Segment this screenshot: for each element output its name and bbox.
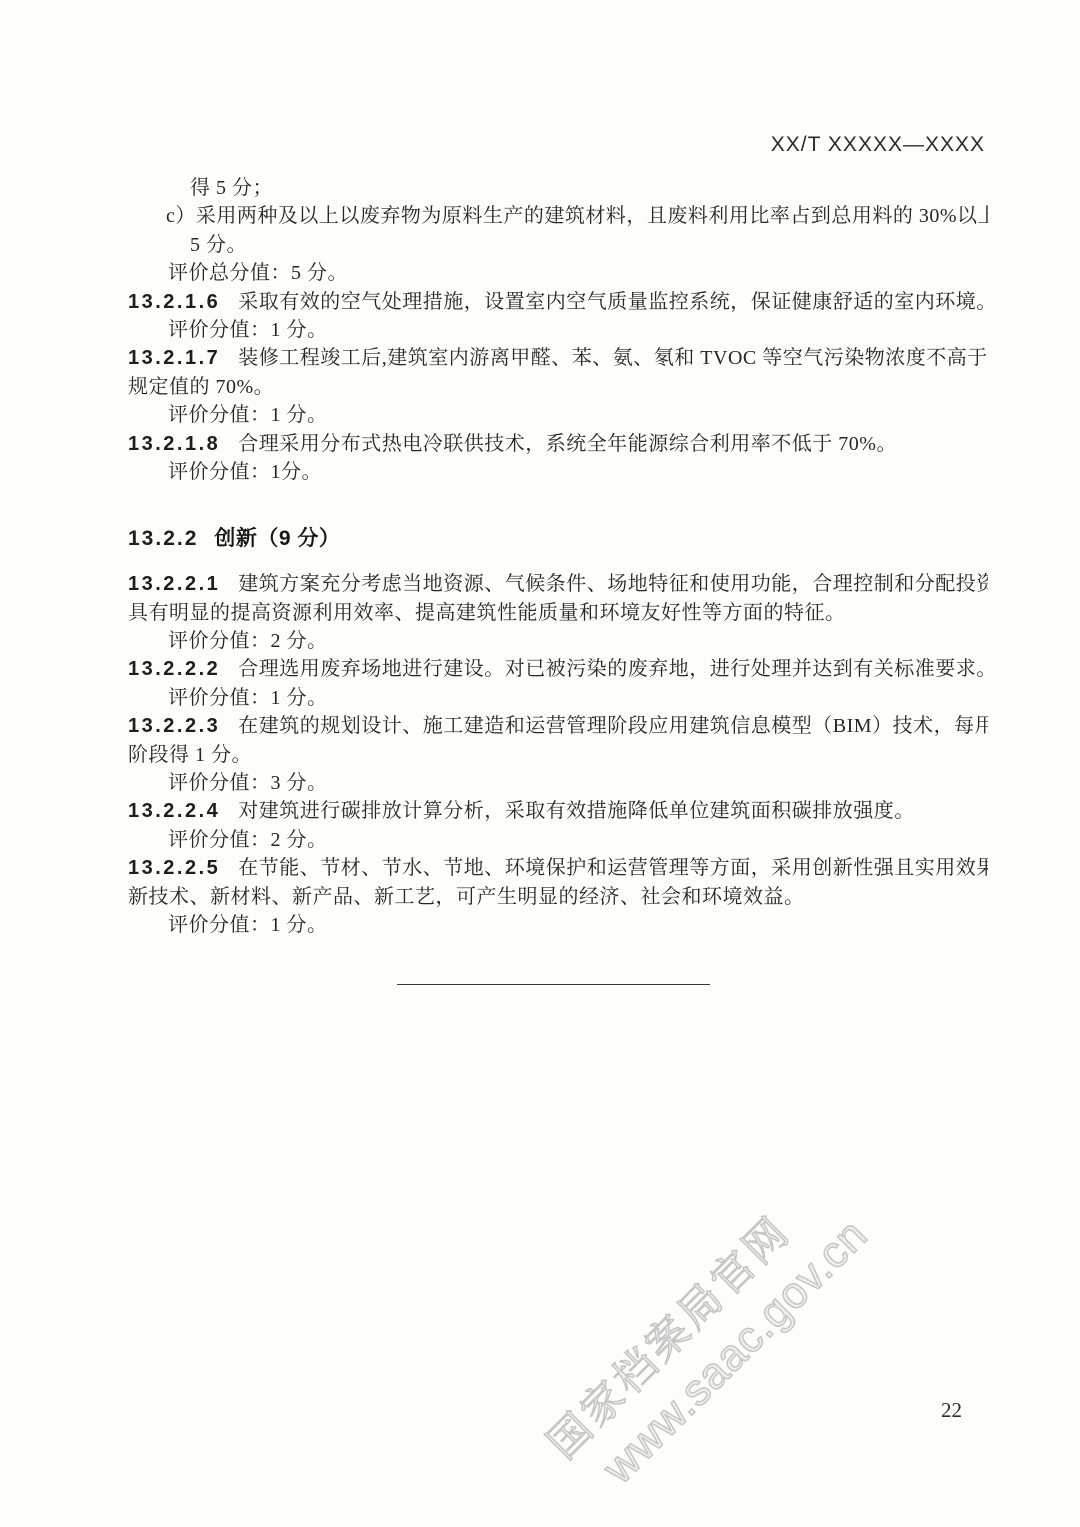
clause-text: 采取有效的空气处理措施，设置室内空气质量监控系统，保证健康舒适的室内环境。 xyxy=(238,291,988,313)
text-line: 13.2.1.6采取有效的空气处理措施，设置室内空气质量监控系统，保证健康舒适的… xyxy=(128,288,988,316)
clause-text: 评价分值：3 分。 xyxy=(168,772,328,794)
clause-text: 装修工程竣工后,建筑室内游离甲醛、苯、氨、氡和 TVOC 等空气污染物浓度不高于… xyxy=(238,347,988,369)
text-line: 评价分值：3 分。 xyxy=(128,769,988,797)
text-line: 新技术、新材料、新产品、新工艺，可产生明显的经济、社会和环境效益。 xyxy=(128,883,988,911)
document-body: 得 5 分；c）采用两种及以上以废弃物为原料生产的建筑材料，且废料利用比率占到总… xyxy=(128,174,988,939)
text-line: 评价分值：2 分。 xyxy=(128,627,988,655)
clause-text: 规定值的 70%。 xyxy=(128,376,274,398)
clause-number: 13.2.1.8 xyxy=(128,433,220,455)
text-line: 13.2.1.7装修工程竣工后,建筑室内游离甲醛、苯、氨、氡和 TVOC 等空气… xyxy=(128,344,988,372)
text-line: 13.2.2.5在节能、节材、节水、节地、环境保护和运营管理等方面，采用创新性强… xyxy=(128,854,988,882)
text-line: 评价分值：1 分。 xyxy=(128,401,988,429)
text-line: 规定值的 70%。 xyxy=(128,373,988,401)
clause-number: 13.2.2.2 xyxy=(128,658,220,680)
clause-text: 合理采用分布式热电冷联供技术，系统全年能源综合利用率不低于 70%。 xyxy=(238,433,897,455)
text-line: 评价分值：2 分。 xyxy=(128,826,988,854)
text-line: 13.2.2.1建筑方案充分考虑当地资源、气候条件、场地特征和使用功能，合理控制… xyxy=(128,570,988,598)
section-heading: 13.2.2创新（9 分） xyxy=(128,524,988,554)
text-line: 评价分值：1分。 xyxy=(128,458,988,486)
end-of-text-rule xyxy=(397,984,710,985)
clause-text: 评价分值：1 分。 xyxy=(168,687,328,709)
clause-text: 新技术、新材料、新产品、新工艺，可产生明显的经济、社会和环境效益。 xyxy=(128,886,805,908)
clause-number: 13.2.1.6 xyxy=(128,291,220,313)
page-number: 22 xyxy=(941,1398,962,1423)
clause-text: 具有明显的提高资源利用效率、提高建筑性能质量和环境友好性等方面的特征。 xyxy=(128,602,846,624)
clause-text: 创新（9 分） xyxy=(214,527,340,550)
text-line: 具有明显的提高资源利用效率、提高建筑性能质量和环境友好性等方面的特征。 xyxy=(128,599,988,627)
watermark-text-chinese: 国家档案局官网 xyxy=(536,1064,943,1471)
text-line: 阶段得 1 分。 xyxy=(128,741,988,769)
text-line: 13.2.2.4对建筑进行碳排放计算分析，采取有效措施降低单位建筑面积碳排放强度… xyxy=(128,797,988,825)
clause-number: 13.2.2.4 xyxy=(128,800,220,822)
clause-text: 合理选用废弃场地进行建设。对已被污染的废弃地，进行处理并达到有关标准要求。 xyxy=(238,658,988,680)
text-line: 13.2.2.3在建筑的规划设计、施工建造和运营管理阶段应用建筑信息模型（BIM… xyxy=(128,712,988,740)
clause-text: 评价分值：1分。 xyxy=(168,461,322,483)
clause-number: 13.2.2.5 xyxy=(128,857,220,879)
document-page: XX/T XXXXX—XXXX 得 5 分；c）采用两种及以上以废弃物为原料生产… xyxy=(0,0,1080,1527)
text-line: 13.2.1.8合理采用分布式热电冷联供技术，系统全年能源综合利用率不低于 70… xyxy=(128,430,988,458)
clause-text: 评价分值：1 分。 xyxy=(168,319,328,341)
clause-text: 评价分值：2 分。 xyxy=(168,630,328,652)
clause-number: 13.2.2.1 xyxy=(128,573,220,595)
clause-text: c）采用两种及以上以废弃物为原料生产的建筑材料，且废料利用比率占到总用料的 30… xyxy=(166,205,988,227)
clause-number: 13.2.1.7 xyxy=(128,347,220,369)
clause-text: 建筑方案充分考虑当地资源、气候条件、场地特征和使用功能，合理控制和分配投资预算， xyxy=(238,573,988,595)
text-line: 评价分值：1 分。 xyxy=(128,316,988,344)
clause-number: 13.2.2 xyxy=(128,527,198,550)
text-line: 评价分值：1 分。 xyxy=(128,684,988,712)
text-line: c）采用两种及以上以废弃物为原料生产的建筑材料，且废料利用比率占到总用料的 30… xyxy=(128,202,988,230)
text-line: 5 分。 xyxy=(128,231,988,259)
clause-text: 评价分值：2 分。 xyxy=(168,829,328,851)
clause-text: 阶段得 1 分。 xyxy=(128,744,252,766)
clause-text: 评价总分值：5 分。 xyxy=(168,262,348,284)
standard-number-header: XX/T XXXXX—XXXX xyxy=(771,133,985,157)
clause-text: 评价分值：1 分。 xyxy=(168,404,328,426)
clause-number: 13.2.2.3 xyxy=(128,715,220,737)
watermark: 国家档案局官网 www.saac.gov.cn xyxy=(536,1064,987,1515)
text-line: 评价总分值：5 分。 xyxy=(128,259,988,287)
text-line: 13.2.2.2合理选用废弃场地进行建设。对已被污染的废弃地，进行处理并达到有关… xyxy=(128,655,988,683)
watermark-text-url: www.saac.gov.cn xyxy=(592,1104,984,1496)
clause-text: 对建筑进行碳排放计算分析，采取有效措施降低单位建筑面积碳排放强度。 xyxy=(238,800,915,822)
clause-text: 5 分。 xyxy=(190,234,247,256)
clause-text: 在节能、节材、节水、节地、环境保护和运营管理等方面，采用创新性强且实用效果突出的 xyxy=(238,857,988,879)
clause-text: 在建筑的规划设计、施工建造和运营管理阶段应用建筑信息模型（BIM）技术，每用于 … xyxy=(238,715,988,737)
clause-text: 评价分值：1 分。 xyxy=(168,914,328,936)
text-line: 得 5 分； xyxy=(128,174,988,202)
clause-text: 得 5 分； xyxy=(190,177,273,199)
text-line: 评价分值：1 分。 xyxy=(128,911,988,939)
